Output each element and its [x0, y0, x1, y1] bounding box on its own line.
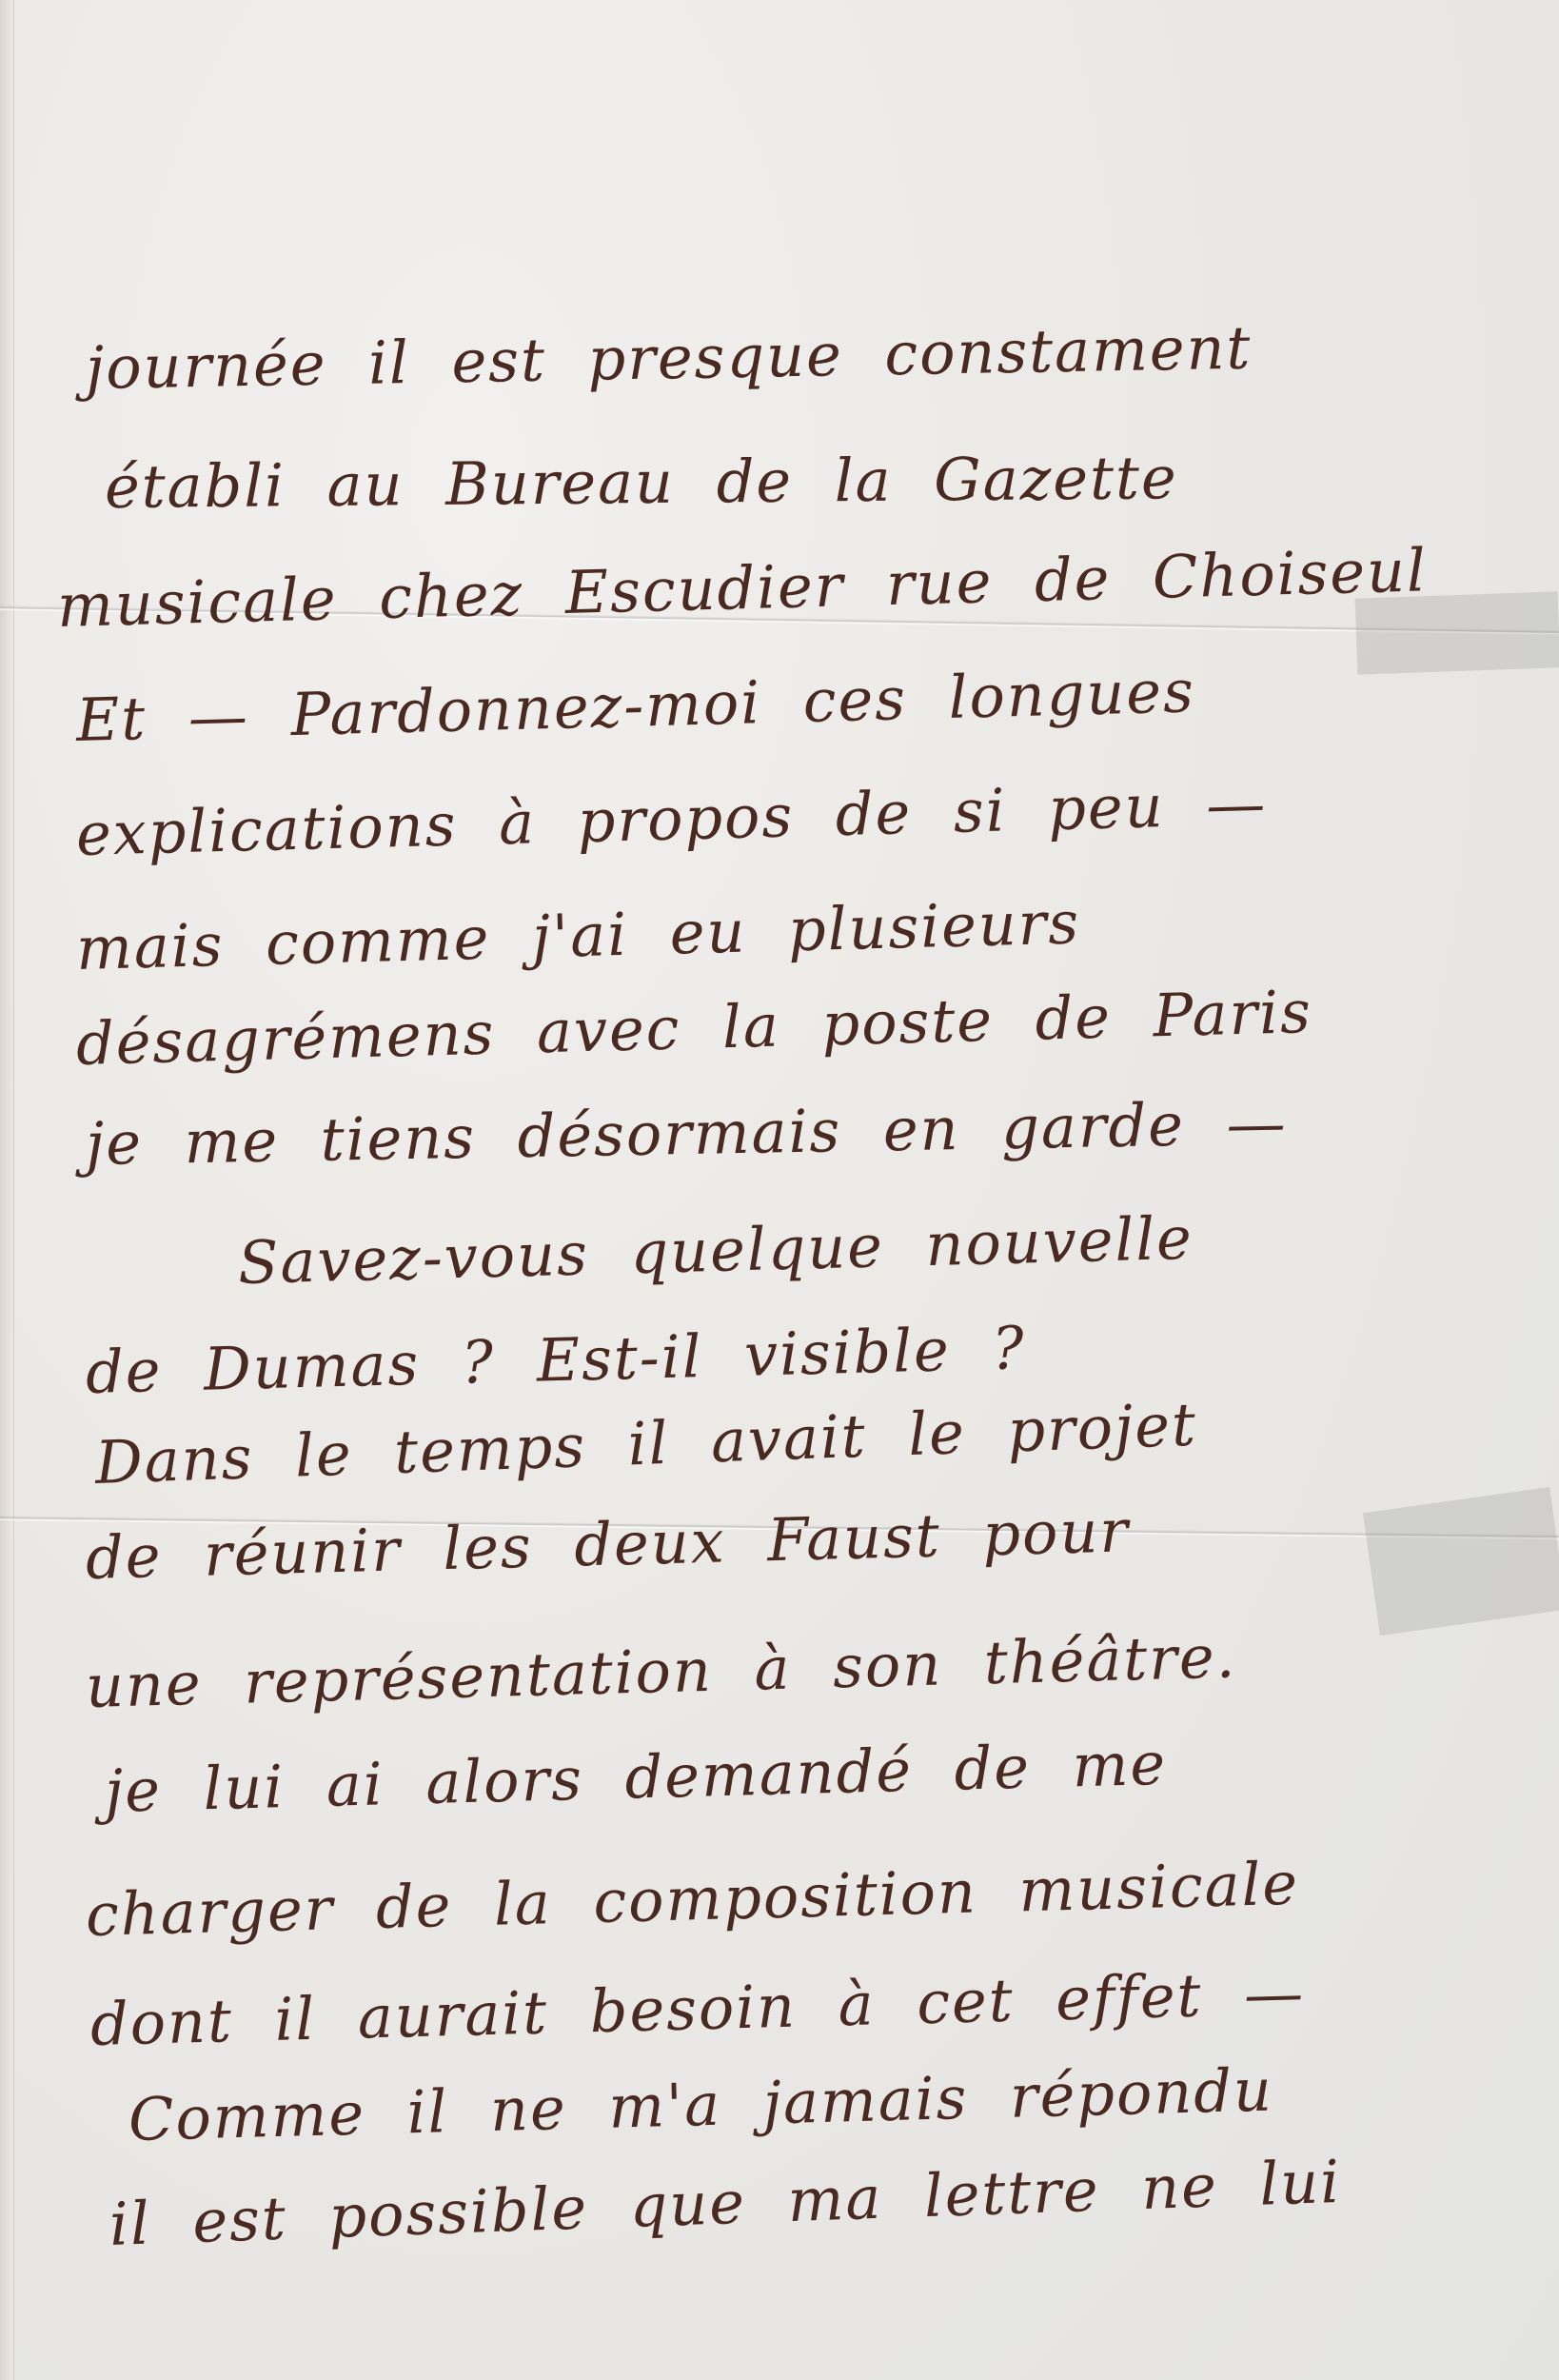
- text-line: explications à propos de si peu —: [75, 759, 1559, 869]
- text-line: dont il aurait besoin à cet effet —: [89, 1949, 1559, 2059]
- text-line: Comme il ne m'a jamais répondu: [128, 2044, 1559, 2154]
- text-line: journée il est presque constament: [85, 306, 1559, 403]
- text-line: charger de la composition musicale: [85, 1839, 1559, 1950]
- text-line: il est possible que ma lettre ne lui: [109, 2135, 1559, 2259]
- text-line: une représentation à son théâtre.: [85, 1611, 1559, 1721]
- text-line: je me tiens désormais en garde —: [85, 1081, 1559, 1179]
- text-line: établi au Bureau de la Gazette: [105, 439, 1559, 522]
- text-line: musicale chez Escudier rue de Choiseul: [56, 530, 1559, 641]
- text-line: Et — Pardonnez-moi ces longues: [75, 645, 1559, 755]
- letter-page: journée il est presque constament établi…: [0, 0, 1559, 2380]
- text-line: désagrémens avec la poste de Paris: [75, 968, 1559, 1079]
- paper-left-edge: [0, 0, 14, 2380]
- text-line: Savez-vous quelque nouvelle: [237, 1187, 1559, 1298]
- text-line: je lui ai alors demandé de me: [104, 1716, 1559, 1826]
- text-line: mais comme j'ai eu plusieurs: [75, 873, 1559, 983]
- text-line: de réunir les deux Faust pour: [85, 1482, 1559, 1593]
